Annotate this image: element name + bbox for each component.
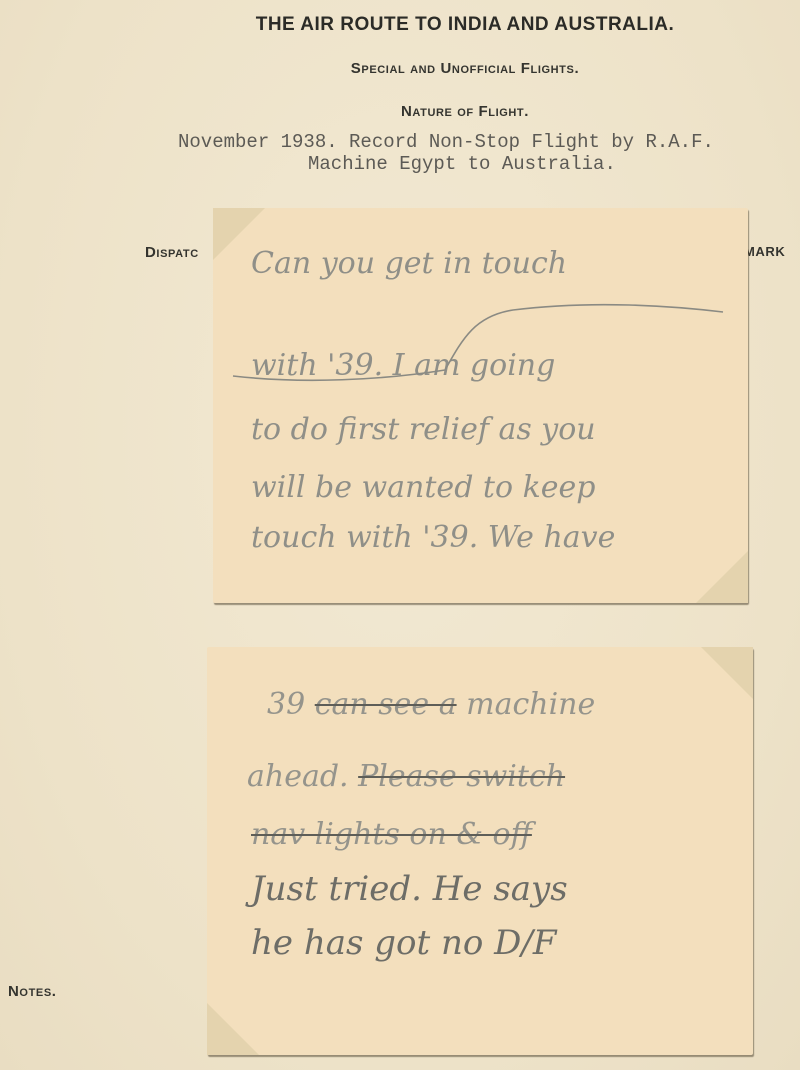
note-line: 39 can see a machine xyxy=(267,687,595,722)
notes-label: Notes. xyxy=(8,983,57,1000)
flight-description-line-2: Machine Egypt to Australia. xyxy=(308,153,616,175)
photo-corner-mount xyxy=(207,1003,259,1055)
postmark-label: MARK xyxy=(744,244,785,259)
note-line: Just tried. He says xyxy=(251,869,568,909)
note-line: Can you get in touch xyxy=(251,246,567,281)
struck-text: nav lights on & off xyxy=(251,817,532,852)
page-title: THE AIR ROUTE TO INDIA AND AUSTRALIA. xyxy=(0,14,800,36)
page-subtitle: Special and Unofficial Flights. xyxy=(0,60,800,77)
note-line: with '39. I am going xyxy=(251,348,555,383)
photo-corner-mount xyxy=(696,551,748,603)
photo-corner-mount xyxy=(701,647,753,699)
note-line: to do first relief as you xyxy=(251,412,596,447)
note-line: will be wanted to keep xyxy=(251,470,595,505)
nature-of-flight-heading: Nature of Flight. xyxy=(0,103,800,120)
struck-text: Please switch xyxy=(358,759,565,794)
handwritten-note-card-2: 39 can see a machine ahead. Please switc… xyxy=(207,647,753,1055)
note-line: nav lights on & off xyxy=(251,817,532,852)
dispatch-label: Dispatc xyxy=(145,244,199,261)
note-line: touch with '39. We have xyxy=(251,520,615,555)
note-line: he has got no D/F xyxy=(251,923,556,963)
struck-text: can see a xyxy=(315,687,457,722)
note-line: ahead. Please switch xyxy=(247,759,565,794)
handwritten-note-card-1: Can you get in touch with '39. I am goin… xyxy=(213,208,748,603)
flight-description-line-1: November 1938. Record Non-Stop Flight by… xyxy=(178,131,714,153)
